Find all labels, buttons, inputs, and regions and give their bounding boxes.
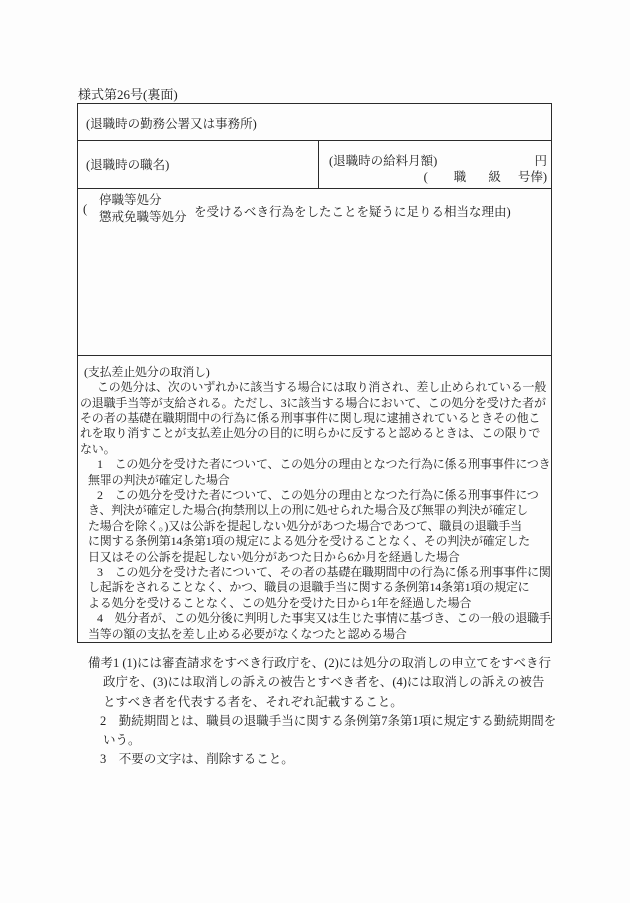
form-page: 様式第26号(裏面) (退職時の勤務公署又は事務所) (退職時の職名) (退職時… (0, 0, 630, 903)
office-row: (退職時の勤務公署又は事務所) (78, 104, 551, 141)
remark-line: いう。 (0, 731, 630, 750)
cancellation-line: の退職手当等が支給される。ただし、3に該当する場合において、この処分を受けた者が (78, 396, 549, 411)
job-salary-row: (退職時の職名) (退職時の給料月額) 円 (職級号俸) (78, 141, 551, 189)
cancellation-line: よる処分を受けることなく、この処分を受けた日から1年を経過した場合 (78, 596, 549, 611)
reason-option-dismissal: 懲戒免職等処分 (99, 209, 187, 226)
remark-1: 備考1 (1)には審査請求をすべき行政庁を、(2)には処分の取消しの申立てをすべ… (0, 654, 630, 673)
cancellation-cell: (支払差止処分の取消し) この処分は、次のいずれかに該当する場合には取り消され、… (78, 356, 551, 642)
cancellation-item-4: 4 処分者が、この処分後に判明した事実又は生じた事情に基づき、この一般の退職手 (78, 611, 549, 626)
cancellation-line: た場合を除く。)又は公訴を提起しない処分があつた場合であつて、職員の退職手当 (78, 519, 549, 534)
cancellation-item-1: 1 この処分を受けた者について、この処分の理由となつた行為に係る刑事事件につき (78, 457, 549, 472)
cancellation-item-3: 3 この処分を受けた者について、その者の基礎在職期間中の行為に係る刑事事件に関 (78, 565, 549, 580)
reason-options: 停職等処分 懲戒免職等処分 (99, 192, 187, 226)
grade-col-kyu: 級 (488, 170, 501, 184)
cancellation-line: その者の基礎在職期間中の行為に係る刑事事件に関し現に逮捕されているときその他こ (78, 411, 549, 426)
form-table: (退職時の勤務公署又は事務所) (退職時の職名) (退職時の給料月額) 円 (職… (77, 103, 552, 643)
cancellation-line: れを取り消すことが支払差止処分の目的に明らかに反すると認めるときは、この限りで (78, 426, 549, 441)
reason-open-paren: ( (83, 202, 87, 217)
remarks-section: 備考1 (1)には審査請求をすべき行政庁を、(2)には処分の取消しの申立てをすべ… (0, 654, 630, 770)
reason-option-suspension: 停職等処分 (99, 192, 187, 209)
cancellation-line: 日又はその公訴を提起しない処分があつた日から6か月を経過した場合 (78, 550, 549, 565)
remark-2: 2 勤続期間とは、職員の退職手当に関する条例第7条第1項に規定する勤続期間を (0, 712, 630, 731)
cancellation-item-2: 2 この処分を受けた者について、この処分の理由となつた行為に係る刑事事件につ (78, 488, 549, 503)
cancellation-line: 当等の額の支払を差し止める必要がなくなつたと認める場合 (78, 627, 549, 642)
job-title-cell: (退職時の職名) (78, 141, 319, 188)
cancellation-line: き、判決が確定した場合(拘禁刑以上の刑に処せられた場合及び無罪の判決が確定し (78, 503, 549, 518)
salary-label: (退職時の給料月額) (329, 151, 437, 169)
reason-suffix: を受けるべき行為をしたことを疑うに足りる相当な理由) (194, 202, 511, 220)
cancellation-line: 無罪の判決が確定した場合 (78, 473, 549, 488)
office-label: (退職時の勤務公署又は事務所) (86, 114, 257, 132)
reason-row: ( 停職等処分 懲戒免職等処分 を受けるべき行為をしたことを疑うに足りる相当な理… (78, 189, 551, 356)
grade-open-paren: ( (424, 170, 428, 184)
salary-cell: (退職時の給料月額) 円 (職級号俸) (319, 141, 551, 188)
job-title-label: (退職時の職名) (86, 155, 169, 173)
cancellation-line: ない。 (78, 442, 549, 457)
grade-col-goho: 号俸) (518, 170, 547, 184)
cancellation-line: に関する条例第14条第1項の規定による処分を受けることなく、その判決が確定した (78, 534, 549, 549)
cancellation-line: この処分は、次のいずれかに該当する場合には取り消され、差し止められている一般 (78, 380, 549, 395)
page-title: 様式第26号(裏面) (78, 84, 178, 103)
salary-grade-line: (職級号俸) (424, 167, 547, 185)
cancellation-title: (支払差止処分の取消し) (78, 365, 549, 380)
remark-line: 政庁を、(3)には取消しの訴えの被告とすべき者を、(4)には取消しの訴えの被告 (0, 673, 630, 692)
remark-line: とすべき者を代表する者を、それぞれ記載すること。 (0, 693, 630, 712)
grade-col-shoku: 職 (454, 170, 467, 184)
remark-3: 3 不要の文字は、削除すること。 (0, 750, 630, 769)
cancellation-line: し起訴をされることなく、かつ、職員の退職手当に関する条例第14条第1項の規定に (78, 580, 549, 595)
